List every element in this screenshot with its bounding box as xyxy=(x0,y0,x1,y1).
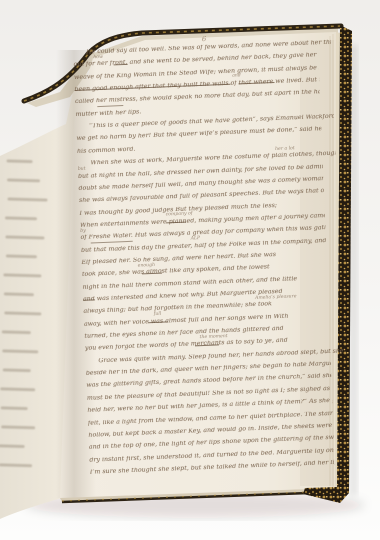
ghost-text-line xyxy=(6,254,37,257)
manuscript-line: called her mistress, she would speak no … xyxy=(75,90,320,106)
ghost-text-line xyxy=(2,349,38,353)
manuscript-line: his common word. xyxy=(77,146,136,155)
interline-insertion: enough xyxy=(138,264,155,269)
ghost-text-line xyxy=(0,387,35,391)
manuscript-line: she was always favourable and full of pl… xyxy=(79,188,324,204)
manuscript-line: you even forgot the words of the merchan… xyxy=(85,338,288,353)
interline-insertion: but xyxy=(78,167,86,172)
ghost-text-line xyxy=(5,216,37,219)
manuscript-line: and was interested and knew not why. But… xyxy=(83,289,283,303)
manuscript-line: but that made this day the greater, half… xyxy=(81,238,326,254)
ghost-text-line xyxy=(5,235,44,239)
ghost-text-line xyxy=(4,311,41,315)
manuscript-line: away, with her voice was almost full and… xyxy=(84,313,289,328)
ghost-text-line xyxy=(4,292,34,295)
manuscript-line: mutter with her lips. xyxy=(75,109,141,118)
ghost-text-line xyxy=(0,463,32,467)
ghost-text-line xyxy=(2,330,31,333)
manuscript-line: I’m sure she thought she slept, but she … xyxy=(90,460,335,476)
underline-mark xyxy=(91,241,133,244)
manuscript-line: always thing; but had forgotten in the m… xyxy=(83,302,272,316)
manuscript-line: Elf pleased her. So he sung, and were he… xyxy=(81,252,276,266)
interline-insertion: how xyxy=(93,56,103,61)
manuscript-line: turned, the eyes shone in her face and t… xyxy=(84,326,284,340)
ghost-text-line xyxy=(7,159,33,162)
manuscript-line: took place, she was almost like any spok… xyxy=(82,265,270,279)
interline-insertion: full xyxy=(154,313,162,318)
ghost-text-line xyxy=(0,444,25,447)
manuscript-photo: 6 He could say all too well. She was of … xyxy=(0,0,380,540)
ghost-text-line xyxy=(3,368,31,371)
manuscript-text: He could say all too well. She was of fe… xyxy=(73,40,338,486)
ghost-text-line xyxy=(1,425,35,429)
interline-insertion: Amelia’s pleasure xyxy=(255,295,297,301)
left-page-ghost-text xyxy=(0,159,53,490)
page-number: 6 xyxy=(202,36,207,43)
ghost-text-line xyxy=(7,178,40,182)
interline-insertion: ALP xyxy=(191,237,201,242)
interline-insertion: and xyxy=(232,75,241,80)
manuscript-line: we get no harm by her! But the queer wif… xyxy=(76,127,321,143)
underline-mark xyxy=(97,105,123,107)
interline-insertion: her a lot xyxy=(275,147,295,153)
ghost-text-line xyxy=(3,273,41,277)
interline-insertion: by xyxy=(80,229,86,234)
ghost-text-line xyxy=(1,406,28,409)
ghost-text-line xyxy=(7,197,47,201)
